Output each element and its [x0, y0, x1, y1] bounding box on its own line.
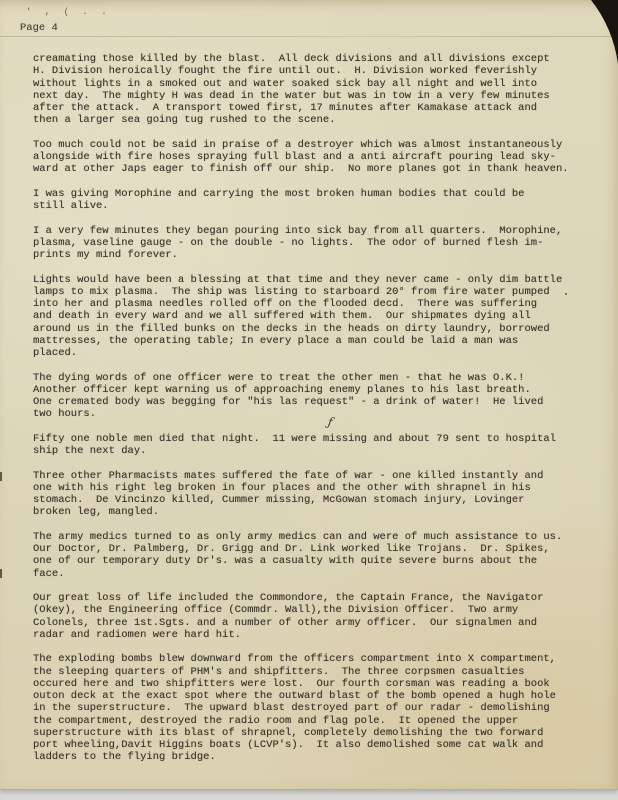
text-line: Lights would have been a blessing at tha… — [33, 274, 585, 286]
paragraph: The army medics turned to as only army m… — [33, 531, 585, 580]
paragraph: Too much could not be said in praise of … — [33, 139, 585, 176]
text-line: Another officer kept warning us of appro… — [33, 384, 585, 396]
paragraph: Fifty one noble men died that night. 11 … — [33, 433, 585, 458]
text-line: The exploding bombs blew downward from t… — [33, 653, 585, 665]
typewritten-page: ' , ( . . Page 4 creamating those killed… — [0, 0, 618, 790]
text-line: into her and plasma needles rolled off o… — [33, 298, 585, 310]
page-number-label: Page 4 — [20, 22, 58, 34]
text-line: and death in every ward and we all suffe… — [33, 310, 585, 322]
text-line: Fifty one noble men died that night. 11 … — [33, 433, 585, 445]
text-line: face. — [33, 568, 585, 580]
text-line: prints my mind forever. — [33, 249, 585, 261]
text-line: ladders to the flying bridge. — [33, 751, 585, 763]
text-line: two hours. — [33, 408, 585, 420]
text-line: one of our temporary duty Dr's. was a ca… — [33, 555, 585, 567]
text-line: (Okey), the Engineering office (Commdr. … — [33, 604, 585, 616]
text-line: then a larger sea going tug rushed to th… — [33, 114, 585, 126]
text-line: outon deck at the exact spot where the o… — [33, 690, 585, 702]
text-line: The dying words of one officer were to t… — [33, 372, 585, 384]
text-line: Too much could not be said in praise of … — [33, 139, 585, 151]
paragraph: Three other Pharmacists mates suffered t… — [33, 470, 585, 519]
text-line: without lights in a smoked out and water… — [33, 78, 585, 90]
text-line: Our great loss of life included the Comm… — [33, 592, 585, 604]
text-line: The army medics turned to as only army m… — [33, 531, 585, 543]
text-line: plasma, vaseline gauge - on the double -… — [33, 237, 585, 249]
text-line: radar and radiomen were hard hit. — [33, 629, 585, 641]
text-line: one with his right leg broken in four pl… — [33, 482, 585, 494]
left-edge-ink-mark — [0, 569, 2, 578]
paragraph: The exploding bombs blew downward from t… — [33, 653, 585, 763]
text-line: ship the next day. — [33, 445, 585, 457]
paragraph: I was giving Morophine and carrying the … — [33, 188, 585, 213]
text-line: One cremated body was begging for "his l… — [33, 396, 585, 408]
text-line: ward at other Japs eager to finish off o… — [33, 163, 585, 175]
paragraph: Our great loss of life included the Comm… — [33, 592, 585, 641]
ink-speck — [565, 293, 567, 295]
text-line: I a very few minutes they began pouring … — [33, 225, 585, 237]
text-line: H. Division heroically fought the fire u… — [33, 65, 585, 77]
text-line: creamating those killed by the blast. Al… — [33, 53, 585, 65]
text-line: I was giving Morophine and carrying the … — [33, 188, 585, 200]
text-line: after the attack. A transport towed firs… — [33, 102, 585, 114]
curled-corner-shadow — [588, 0, 618, 64]
text-line: next day. The mighty H was dead in the w… — [33, 90, 585, 102]
text-line: still alive. — [33, 200, 585, 212]
pencil-stray-marks: ' , ( . . — [26, 7, 111, 17]
text-line: the compartment, destroyed the radio roo… — [33, 715, 585, 727]
text-line: around us in the filled bunks on the dec… — [33, 323, 585, 335]
text-line: occured here and two shipfitters were lo… — [33, 678, 585, 690]
text-line: in the superstructure. The upward blast … — [33, 702, 585, 714]
text-line: Our Doctor, Dr. Palmberg, Dr. Grigg and … — [33, 543, 585, 555]
paragraph: The dying words of one officer were to t… — [33, 372, 585, 421]
text-line: Colonels, three 1st.Sgts. and a number o… — [33, 617, 585, 629]
text-line: mattresses, the operating table; In ever… — [33, 335, 585, 347]
text-line: port wheeling,Davit Higgins boats (LCVP'… — [33, 739, 585, 751]
scanned-document-photo: ' , ( . . Page 4 creamating those killed… — [0, 0, 618, 800]
left-edge-ink-mark — [0, 472, 2, 481]
text-line: superstructure with its blast of shrapne… — [33, 727, 585, 739]
document-body: creamating those killed by the blast. Al… — [33, 53, 585, 776]
paragraph: I a very few minutes they began pouring … — [33, 225, 585, 262]
paragraph: creamating those killed by the blast. Al… — [33, 53, 585, 127]
paper-crease-line — [0, 36, 618, 37]
text-line: the sleeping quarters of PHM's and shipf… — [33, 666, 585, 678]
text-line: broken leg, mangled. — [33, 506, 585, 518]
text-line: placed. — [33, 347, 585, 359]
text-line: alongside with fire hoses spraying full … — [33, 151, 585, 163]
text-line: Three other Pharmacists mates suffered t… — [33, 470, 585, 482]
text-line: stomach. De Vincinzo killed, Cummer miss… — [33, 494, 585, 506]
paragraph: Lights would have been a blessing at tha… — [33, 274, 585, 360]
text-line: lamps to mix plasma. The ship was listin… — [33, 286, 585, 298]
